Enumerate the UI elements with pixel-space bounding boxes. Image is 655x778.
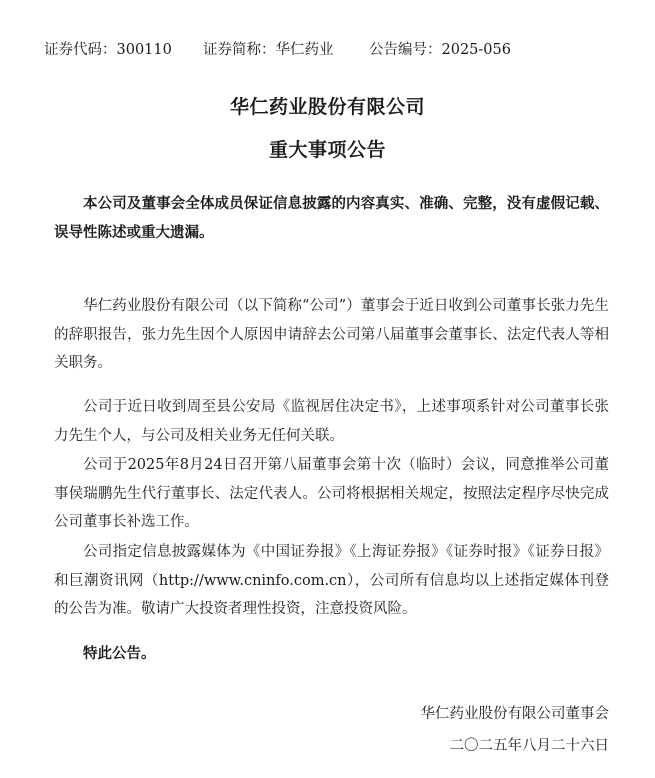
closing-statement: 特此公告。	[54, 640, 609, 669]
body-paragraph-board-meeting: 公司于2025年8月24日召开第八届董事会第十次（临时）会议，同意推举公司董事侯…	[54, 451, 609, 537]
body-paragraph-resignation: 华仁药业股份有限公司（以下简称“公司”）董事会于近日收到公司董事长张力先生的辞职…	[54, 292, 609, 378]
company-name-title: 华仁药业股份有限公司	[0, 95, 655, 119]
document-title: 重大事项公告	[0, 138, 655, 162]
stock-code: 证券代码：300110	[44, 40, 172, 60]
document-header: 证券代码：300110 证券简称：华仁药业 公告编号：2025-056	[0, 40, 655, 60]
stock-short-name: 证券简称：华仁药业	[203, 40, 334, 60]
body-paragraph-media: 公司指定信息披露媒体为《中国证券报》《上海证券报》《证券时报》《证券日报》和巨潮…	[54, 538, 609, 624]
signature-issuer: 华仁药业股份有限公司董事会	[421, 704, 610, 724]
disclosure-statement: 本公司及董事会全体成员保证信息披露的内容真实、准确、完整，没有虚假记载、误导性陈…	[54, 190, 609, 247]
body-paragraph-residential-surveillance: 公司于近日收到周至县公安局《监视居住决定书》，上述事项系针对公司董事长张力先生个…	[54, 393, 609, 450]
signature-date: 二〇二五年八月二十六日	[450, 736, 610, 756]
announcement-number: 公告编号：2025-056	[369, 40, 511, 60]
